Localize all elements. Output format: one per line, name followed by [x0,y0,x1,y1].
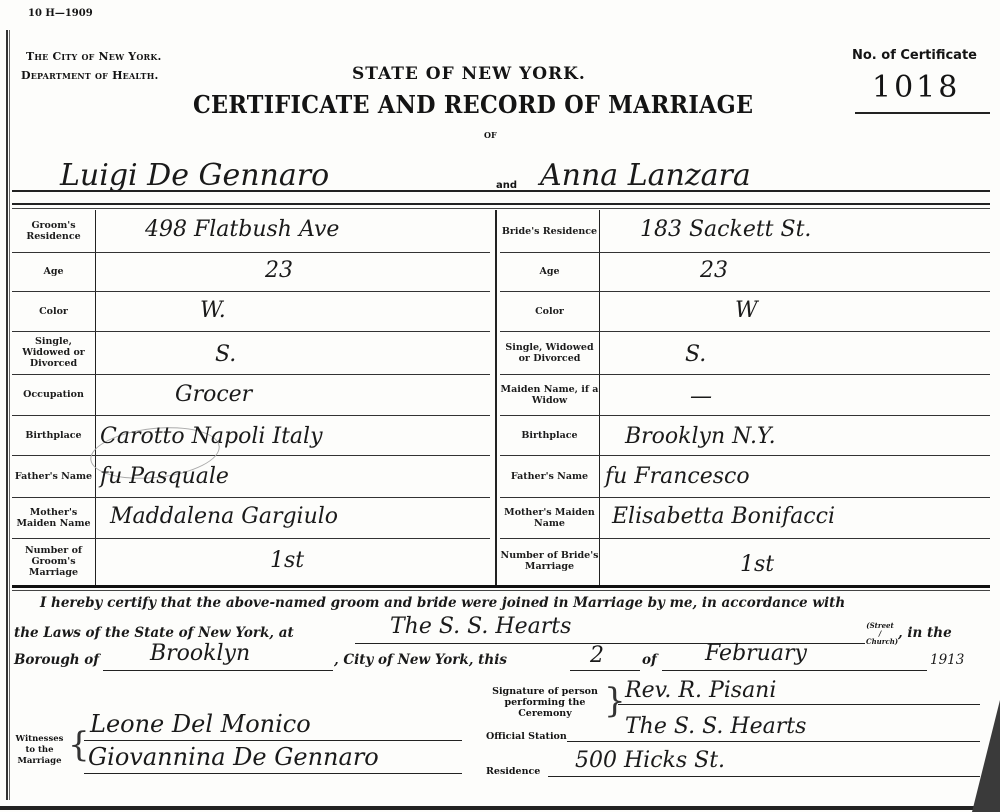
groom-marital-status-label: Single, Widowed or Divorced [12,331,95,374]
groom-birthplace-label: Birthplace [12,415,95,455]
groom-father-value: fu Pasquale [100,464,229,489]
column-divider [95,210,96,585]
month-value: February [705,641,807,666]
groom-mother-label: Mother's Maiden Name [12,497,95,538]
groom-residence-label: Groom's Residence [12,210,95,252]
groom-marriage-number-value: 1st [270,548,304,573]
bottom-border [0,806,1000,810]
names-underline [12,190,990,192]
bride-marital-status-value: S. [685,342,706,367]
certificate-number-underline [855,112,990,114]
groom-age-label: Age [12,252,95,291]
witness-2-value: Giovannina De Gennaro [88,743,379,771]
form-code: 10 H—1909 [28,8,93,19]
residence-underline [548,776,980,777]
certification-line-2-suffix: , in the [898,625,952,641]
groom-birthplace-value: Carotto Napoli Italy [100,424,323,449]
bride-mother-label: Mother's Maiden Name [500,497,599,538]
bride-maiden-name-label: Maiden Name, if a Widow [500,374,599,415]
day-underline [570,670,640,671]
witness-1-value: Leone Del Monico [90,710,311,738]
witnesses-label: Witnesses to the Marriage [12,734,67,767]
marriage-place-value: The S. S. Hearts [390,614,571,639]
officiant-signature-value: Rev. R. Pisani [625,678,776,703]
department-heading: Department of Health. [21,69,158,82]
marriage-certificate: 10 H—1909 The City of New York. Departme… [0,0,1000,812]
bride-father-value: fu Francesco [605,464,750,489]
bride-name: Anna Lanzara [540,158,751,193]
certificate-number: 1018 [872,70,960,105]
borough-value: Brooklyn [150,641,250,666]
groom-mother-value: Maddalena Gargiulo [110,504,338,529]
bride-marriage-number-value: 1st [740,552,774,577]
witness-2-underline [84,773,462,774]
bride-color-label: Color [500,291,599,331]
certification-line-3-mid: , City of New York, this [334,652,507,668]
bride-birthplace-value: Brooklyn N.Y. [625,424,776,449]
bride-residence-label: Bride's Residence [500,210,599,252]
section-divider [12,585,990,588]
bride-age-label: Age [500,252,599,291]
certification-line-3-prefix: Borough of [14,652,99,668]
state-heading: STATE OF NEW YORK. [352,64,586,84]
groom-occupation-value: Grocer [175,382,252,407]
brace-icon: { [68,728,90,762]
groom-color-value: W. [200,298,226,323]
bride-age-value: 23 [700,258,728,283]
signature-underline [618,704,980,705]
bride-marital-status-label: Single, Widowed or Divorced [500,331,599,374]
section-divider [12,590,990,591]
city-heading: The City of New York. [26,50,162,63]
bride-color-value: W [735,298,758,323]
residence-label: Residence [486,766,540,777]
certification-line-1: I hereby certify that the above-named gr… [40,595,845,611]
divider [12,203,990,205]
bride-maiden-name-value: — [690,384,712,409]
official-station-value: The S. S. Hearts [625,714,806,739]
page-corner-shadow [972,700,1000,812]
street-church-note: (Street / Church) [866,622,894,646]
bride-residence-value: 183 Sackett St. [640,217,811,242]
year-value: 1913 [930,652,964,668]
witness-1-underline [84,740,462,741]
groom-father-label: Father's Name [12,455,95,497]
groom-marriage-number-label: Number of Groom's Marriage [12,538,95,584]
borough-underline [103,670,333,671]
bride-mother-value: Elisabetta Bonifacci [612,504,835,529]
brace-icon: } [604,684,626,718]
bride-birthplace-label: Birthplace [500,415,599,455]
column-divider [599,210,600,585]
official-station-label: Official Station [486,731,567,742]
column-divider [495,210,497,585]
officiant-residence-value: 500 Hicks St. [575,748,725,773]
bride-marriage-number-label: Number of Bride's Marriage [500,538,599,584]
groom-occupation-label: Occupation [12,374,95,415]
groom-age-value: 23 [265,258,293,283]
certification-line-2-prefix: the Laws of the State of New York, at [14,625,294,641]
groom-color-label: Color [12,291,95,331]
groom-residence-value: 498 Flatbush Ave [145,217,339,242]
month-underline [662,670,927,671]
day-value: 2 [590,643,604,668]
groom-marital-status-value: S. [215,342,236,367]
bride-father-label: Father's Name [500,455,599,497]
certificate-number-label: No. of Certificate [852,48,977,63]
station-underline [567,741,980,742]
groom-name: Luigi De Gennaro [60,158,329,193]
document-title: CERTIFICATE AND RECORD OF MARRIAGE [193,90,753,119]
divider [12,208,990,209]
signature-label: Signature of person performing the Cerem… [485,686,605,719]
of-label: of [642,652,657,668]
left-border [6,30,10,800]
of-label: OF [484,130,497,140]
